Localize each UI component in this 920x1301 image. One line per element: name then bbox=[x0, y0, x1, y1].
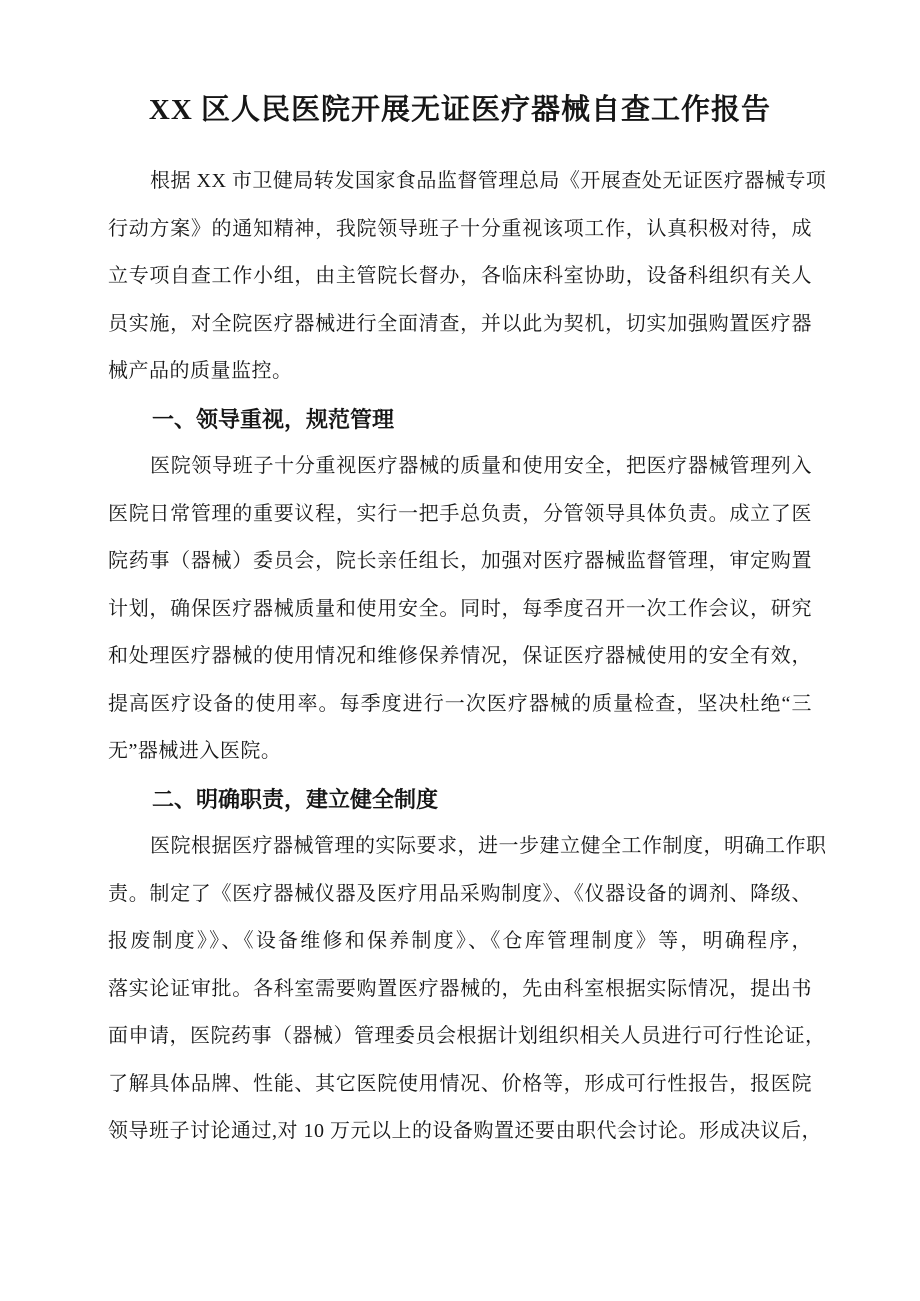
text-line: 根据 XX 市卫健局转发国家食品监督管理总局《开展查处无证医疗器械专项 bbox=[108, 158, 812, 206]
text-line: 行动方案》的通知精神，我院领导班子十分重视该项工作，认真积极对待，成 bbox=[108, 206, 812, 254]
text-line: 了解具体品牌、性能、其它医院使用情况、价格等，形成可行性报告，报医院 bbox=[108, 1061, 812, 1109]
section-heading: 二、明确职责，建立健全制度 bbox=[108, 776, 812, 824]
paragraph: 医院根据医疗器械管理的实际要求，进一步建立健全工作制度，明确工作职责。制定了《医… bbox=[108, 823, 812, 1156]
section-heading: 一、领导重视，规范管理 bbox=[108, 396, 812, 444]
document-title: XX 区人民医院开展无证医疗器械自查工作报告 bbox=[108, 87, 812, 134]
text-line: 医院日常管理的重要议程，实行一把手总负责，分管领导具体负责。成立了医 bbox=[108, 491, 812, 539]
text-line: 提高医疗设备的使用率。每季度进行一次医疗器械的质量检查，坚决杜绝“三 bbox=[108, 681, 812, 729]
text-line: 面申请，医院药事（器械）管理委员会根据计划组织相关人员进行可行性论证， bbox=[108, 1013, 812, 1061]
text-line: 报废制度》》、《设备维修和保养制度》、《仓库管理制度》等，明确程序， bbox=[108, 918, 812, 966]
text-line: 医院领导班子十分重视医疗器械的质量和使用安全，把医疗器械管理列入 bbox=[108, 443, 812, 491]
text-line: 落实论证审批。各科室需要购置医疗器械的，先由科室根据实际情况，提出书 bbox=[108, 966, 812, 1014]
text-line: 医院根据医疗器械管理的实际要求，进一步建立健全工作制度，明确工作职 bbox=[108, 823, 812, 871]
text-line: 和处理医疗器械的使用情况和维修保养情况，保证医疗器械使用的安全有效， bbox=[108, 633, 812, 681]
text-line: 械产品的质量监控。 bbox=[108, 348, 812, 396]
text-line: 计划，确保医疗器械质量和使用安全。同时，每季度召开一次工作会议，研究 bbox=[108, 586, 812, 634]
text-line: 领导班子讨论通过,对 10 万元以上的设备购置还要由职代会讨论。形成决议后， bbox=[108, 1108, 812, 1156]
text-line: 责。制定了《医疗器械仪器及医疗用品采购制度》、《仪器设备的调剂、降级、 bbox=[108, 871, 812, 919]
text-line: 员实施，对全院医疗器械进行全面清查，并以此为契机，切实加强购置医疗器 bbox=[108, 301, 812, 349]
text-line: 无”器械进入医院。 bbox=[108, 728, 812, 776]
document-page: XX 区人民医院开展无证医疗器械自查工作报告 根据 XX 市卫健局转发国家食品监… bbox=[0, 0, 920, 1301]
text-line: 立专项自查工作小组，由主管院长督办，各临床科室协助，设备科组织有关人 bbox=[108, 253, 812, 301]
paragraph: 根据 XX 市卫健局转发国家食品监督管理总局《开展查处无证医疗器械专项行动方案》… bbox=[108, 158, 812, 396]
paragraph: 医院领导班子十分重视医疗器械的质量和使用安全，把医疗器械管理列入医院日常管理的重… bbox=[108, 443, 812, 776]
text-line: 院药事（器械）委员会，院长亲任组长，加强对医疗器械监督管理，审定购置 bbox=[108, 538, 812, 586]
document-body: 根据 XX 市卫健局转发国家食品监督管理总局《开展查处无证医疗器械专项行动方案》… bbox=[108, 158, 812, 1156]
